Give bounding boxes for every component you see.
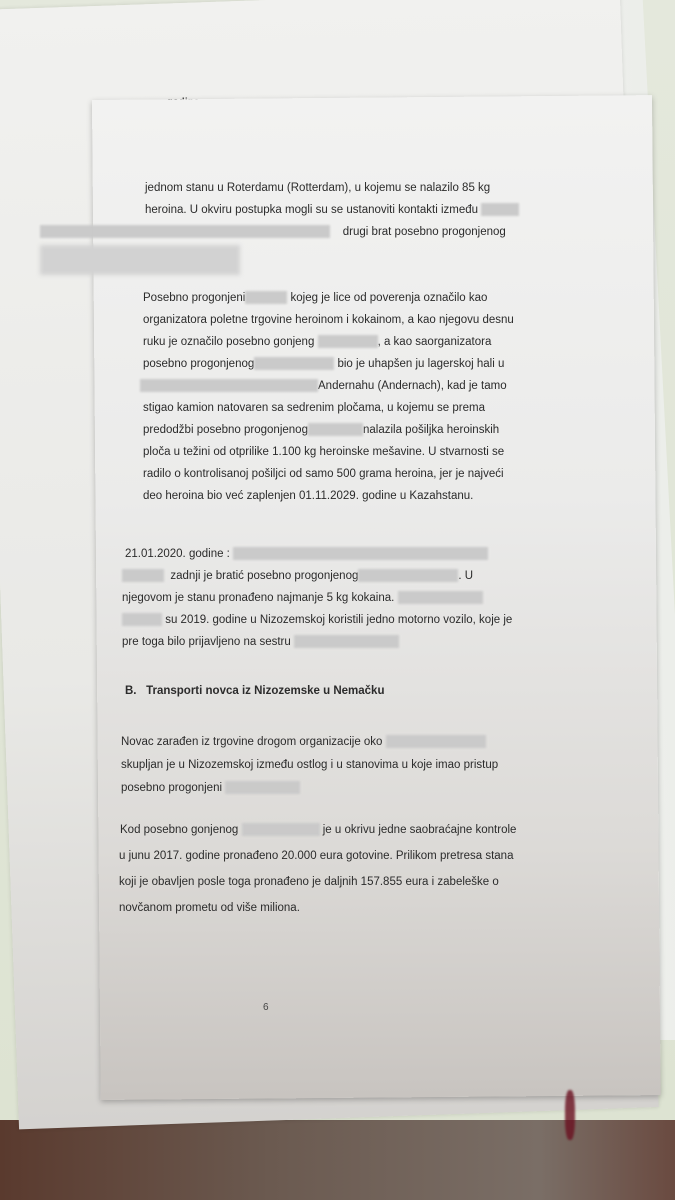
- p4-line1: Novac zarađen iz trgovine drogom organiz…: [121, 731, 486, 753]
- redaction: [242, 823, 320, 836]
- page-number: 6: [263, 1002, 269, 1013]
- p2-line7: predodžbi posebno progonjenognalazila po…: [143, 419, 499, 441]
- p1-line1: jednom stanu u Roterdamu (Rotterdam), u …: [145, 177, 490, 199]
- redaction: [294, 635, 399, 648]
- p1-line3: drugi brat posebno progonjenog: [40, 221, 506, 243]
- redaction: [122, 569, 164, 582]
- p2-line1: Posebno progonjeni kojeg je lice od pove…: [143, 287, 487, 309]
- redaction: [254, 357, 334, 370]
- p2-line3: ruku je označilo posebno gonjeng , a kao…: [143, 331, 491, 353]
- p2-line8: ploča u težini od otprilike 1.100 kg her…: [143, 441, 504, 463]
- p5-line3: koji je obavljen posle toga pronađeno je…: [119, 871, 499, 893]
- p2-line9: radilo o kontrolisanoj pošiljci od samo …: [143, 463, 504, 485]
- redaction: [481, 203, 519, 216]
- p4-line3: posebno progonjeni: [121, 777, 300, 799]
- p3-line4: su 2019. godine u Nizozemskoj koristili …: [122, 609, 512, 631]
- redaction: [122, 613, 162, 626]
- redaction: [225, 781, 300, 794]
- redaction: [358, 569, 458, 582]
- p2-line2: organizatora poletne trgovine heroinom i…: [143, 309, 514, 331]
- stain-mark: [565, 1090, 575, 1140]
- p4-line2: skupljan je u Nizozemskoj između ostlog …: [121, 754, 498, 776]
- section-heading: B. Transporti novca iz Nizozemske u Nema…: [125, 680, 384, 702]
- p5-line1: Kod posebno gonjenog je u okrivu jedne s…: [120, 819, 516, 841]
- p5-line2: u junu 2017. godine pronađeno 20.000 eur…: [119, 845, 513, 867]
- p5-line4: novčanom prometu od više miliona.: [119, 897, 300, 919]
- redaction: [140, 379, 318, 392]
- p2-line4: posebno progonjenog bio je uhapšen ju la…: [143, 353, 504, 375]
- p2-line10: deo heroina bio već zaplenjen 01.11.2029…: [143, 485, 473, 507]
- p2-line6: stigao kamion natovaren sa sedrenim ploč…: [143, 397, 485, 419]
- p3-line3: njegovom je stanu pronađeno najmanje 5 k…: [122, 587, 483, 609]
- redaction: [398, 591, 483, 604]
- p3-line1: 21.01.2020. godine :: [125, 543, 488, 565]
- redaction: [233, 547, 488, 560]
- redaction-block: [40, 245, 240, 275]
- p2-line5: Andernahu (Andernach), kad je tamo: [140, 375, 507, 397]
- redaction: [386, 735, 486, 748]
- redaction: [245, 291, 287, 304]
- p3-line5: pre toga bilo prijavljeno na sestru: [122, 631, 399, 653]
- p1-line2: heroina. U okviru postupka mogli su se u…: [145, 199, 519, 221]
- redaction: [308, 423, 363, 436]
- p3-line2: zadnji je bratić posebno progonjenog. U: [122, 565, 473, 587]
- redaction: [318, 335, 378, 348]
- redaction: [40, 225, 330, 238]
